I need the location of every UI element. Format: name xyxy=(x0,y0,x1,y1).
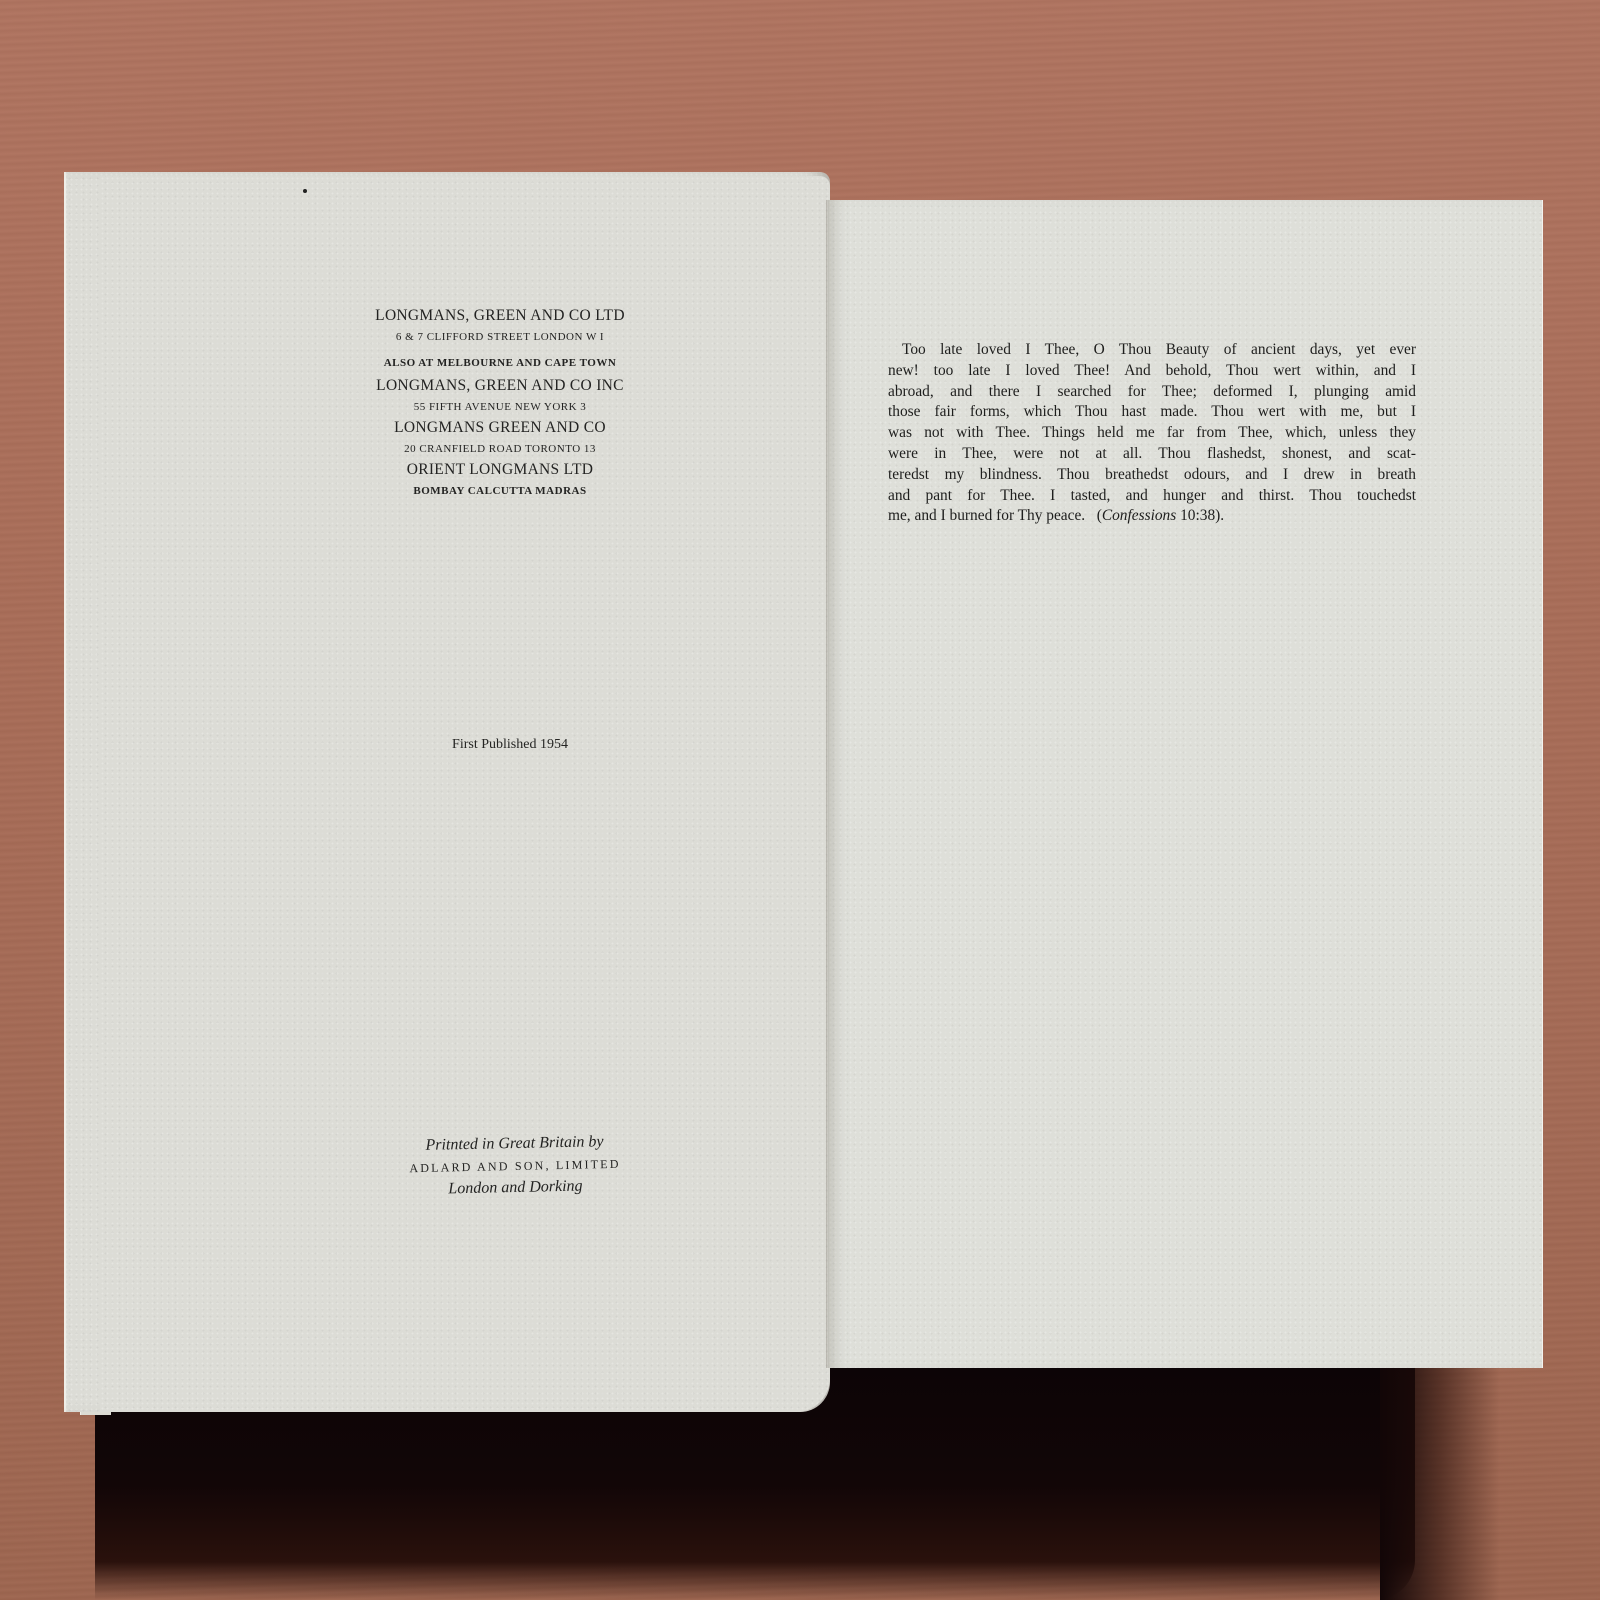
epigraph-line: teredst my blindness. Thou breathedst od… xyxy=(888,465,1416,486)
first-published-notice: First Published 1954 xyxy=(360,737,660,753)
book-shadow-edge xyxy=(1380,1345,1500,1600)
book-gutter xyxy=(826,200,829,1368)
citation-reference: 10:38). xyxy=(1176,507,1224,524)
epigraph-last-line: me, and I burned for Thy peace. (Confess… xyxy=(888,506,1416,527)
epigraph-line: were in Thee, were not at all. Thou flas… xyxy=(888,444,1416,465)
ink-dot xyxy=(303,189,307,193)
epigraph-line: new! too late I loved Thee! And behold, … xyxy=(888,361,1416,382)
imprint-line: LONGMANS GREEN AND CO xyxy=(320,417,680,439)
imprint-line: 55 FIFTH AVENUE NEW YORK 3 xyxy=(320,397,680,417)
imprint-line: LONGMANS, GREEN AND CO LTD xyxy=(320,305,680,327)
epigraph-line: abroad, and there I searched for Thee; d… xyxy=(888,382,1416,403)
imprint-line: 20 CRANFIELD ROAD TORONTO 13 xyxy=(320,439,680,459)
imprint-line: ALSO AT MELBOURNE AND CAPE TOWN xyxy=(320,353,680,373)
epigraph-line: was not with Thee. Things held me far fr… xyxy=(888,423,1416,444)
imprint-line: ORIENT LONGMANS LTD xyxy=(320,459,680,481)
epigraph-line: Too late loved I Thee, O Thou Beauty of … xyxy=(888,340,1416,361)
imprint-line: BOMBAY CALCUTTA MADRAS xyxy=(320,481,680,501)
imprint-line: 6 & 7 CLIFFORD STREET LONDON W I xyxy=(320,327,680,347)
citation-title: Confessions xyxy=(1102,507,1176,524)
printer-notice: Pritnted in Great Britain by ADLARD AND … xyxy=(369,1129,660,1203)
imprint-line: LONGMANS, GREEN AND CO INC xyxy=(320,375,680,397)
epigraph-line: and pant for Thee. I tasted, and hunger … xyxy=(888,486,1416,507)
epigraph-line: those fair forms, which Thou hast made. … xyxy=(888,402,1416,423)
epigraph-line-text: me, and I burned for Thy peace. xyxy=(888,507,1085,524)
publisher-imprint: LONGMANS, GREEN AND CO LTD 6 & 7 CLIFFOR… xyxy=(320,305,680,501)
epigraph-quote: Too late loved I Thee, O Thou Beauty of … xyxy=(888,340,1416,527)
